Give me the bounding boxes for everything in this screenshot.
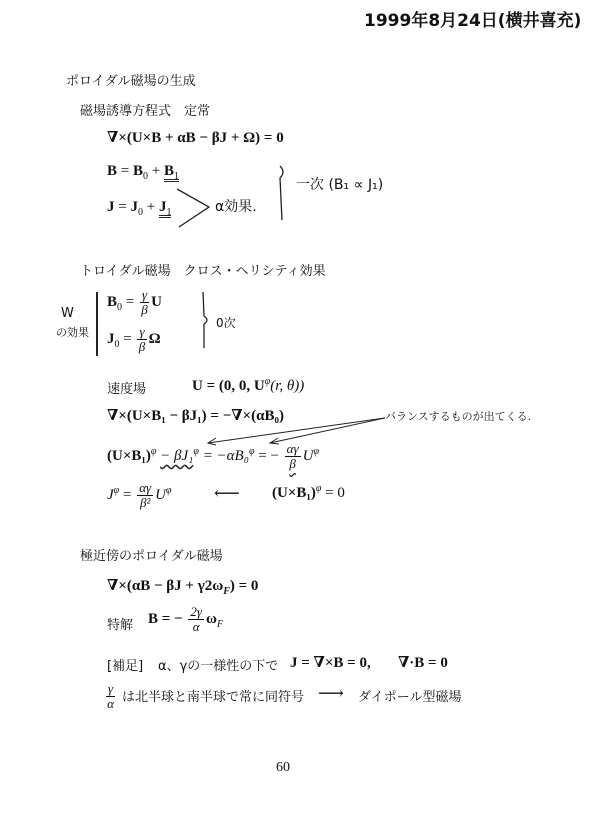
- left-arrow: ⟵: [214, 483, 240, 504]
- section-title-near-pole: 極近傍のポロイダル磁場: [80, 545, 223, 564]
- eq-b-lhs: B: [107, 163, 117, 179]
- supplement-equation-div: ∇·B = 0: [398, 653, 448, 672]
- frac-num: γ: [106, 682, 115, 697]
- eq-j0-lhs: J: [107, 331, 115, 347]
- j1-lhs: J: [107, 487, 114, 503]
- equation-j0: J0 = γβΩ: [107, 325, 161, 354]
- supplement-label: [補足]: [107, 655, 143, 674]
- cross-product-zero: (U×B₁)φ = 0: [272, 483, 345, 502]
- note-w-effect: の効果: [56, 324, 89, 340]
- frac-den: α: [107, 697, 114, 711]
- page-number: 60: [276, 760, 290, 776]
- fraction-gamma-beta: γβ: [140, 288, 149, 317]
- note-zero-order: 0次: [216, 314, 236, 331]
- dipole-text: ダイポール型磁場: [358, 686, 461, 705]
- note-w: W: [61, 306, 74, 321]
- eq-b0-sub: 0: [117, 302, 122, 313]
- eq-b0-lhs: B: [107, 294, 117, 310]
- near-pole-eq-sub: F: [223, 586, 230, 597]
- phi-eq-left: (U×B₁): [107, 448, 151, 464]
- equation-j-decomposition: J = J0 + J1: [107, 199, 171, 218]
- frac-den: α: [193, 620, 200, 634]
- section-title-toroidal: トロイダル磁場 クロス・ヘリシティ効果: [80, 260, 326, 279]
- eq-b-sub0: 0: [143, 171, 148, 182]
- eq-j-lhs: J: [107, 199, 115, 215]
- phi-sup: φ: [151, 446, 157, 457]
- frac-den: β: [139, 340, 145, 354]
- note-alpha-effect: α効果.: [215, 196, 257, 216]
- eq-b0-vec: U: [151, 294, 162, 310]
- equation-b0: B0 = γβU: [107, 288, 162, 317]
- phi-eq-right: = −: [254, 448, 278, 464]
- section-title-poloidal: ポロイダル磁場の生成: [66, 70, 196, 89]
- phi-eq-mid: − βJ₁: [160, 448, 193, 464]
- note-balance: バランスするものが出てくる.: [385, 408, 531, 424]
- velocity-field-label: 速度場: [107, 378, 146, 397]
- frac-num: γ: [140, 288, 149, 303]
- induction-equation-label: 磁場誘導方程式 定常: [80, 100, 210, 119]
- phi-component-equation: (U×B₁)φ − βJ₁φ = −αB₀φ = − αγβUφ: [107, 442, 319, 471]
- eq-b-b0: B: [133, 163, 143, 179]
- particular-lhs: B = −: [148, 611, 183, 627]
- frac-den: β: [289, 457, 295, 471]
- cross-rhs: (U×B₁): [272, 485, 316, 501]
- frac-num: γ: [137, 325, 146, 340]
- frac-den: β²: [140, 496, 150, 510]
- near-pole-eq-tail: ) = 0: [230, 578, 259, 594]
- particular-solution-label: 特解: [107, 614, 133, 633]
- eq-b-sub1: 1: [174, 171, 179, 182]
- long-right-arrow: ⟶: [318, 683, 344, 704]
- fraction-alphagamma-beta2: αγβ²: [137, 481, 153, 510]
- frac-den: β: [141, 303, 147, 317]
- cross-rhs-tail: = 0: [321, 485, 344, 501]
- particular-omega: ω: [206, 611, 217, 627]
- near-pole-eq-main: ∇×(αB − βJ + γ2ω: [107, 578, 223, 594]
- ratio-text: は北半球と南半球で常に同符号: [122, 686, 304, 705]
- fraction-2gamma-alpha: 2γα: [188, 605, 204, 634]
- fraction-alphagamma-beta: αγβ: [285, 442, 301, 471]
- particular-sub: F: [217, 619, 223, 630]
- handwritten-left-brace: [96, 292, 98, 356]
- ratio-gamma-alpha: γα: [104, 682, 117, 711]
- phi-sup: φ: [313, 446, 319, 457]
- induction-equation: ∇×(U×B + αB − βJ + Ω) = 0: [107, 128, 284, 147]
- note-first-order: 一次 (B₁ ∝ J₁): [296, 174, 383, 194]
- eq-j-sub1: 1: [166, 207, 171, 218]
- eq-j0-vec: Ω: [149, 331, 161, 347]
- fraction-gamma-beta: γβ: [137, 325, 146, 354]
- eq-j0-sub: 0: [115, 339, 120, 350]
- phi-u: U: [303, 448, 314, 464]
- handwritten-angle-bracket: [175, 185, 215, 230]
- supplement-equation-curl: J = ∇×B = 0,: [290, 653, 371, 672]
- near-pole-equation: ∇×(αB − βJ + γ2ωF) = 0: [107, 576, 258, 597]
- phi-sup: φ: [166, 485, 172, 496]
- velocity-field-equation: U = (0, 0, Uφ(r, θ)): [192, 376, 304, 395]
- j1-phi-equation: Jφ = αγβ²Uφ: [107, 481, 172, 510]
- eq-j-j0: J: [130, 199, 138, 215]
- frac-num: αγ: [285, 442, 301, 457]
- supplement-text: α、γの一様性の下で: [158, 655, 278, 674]
- velocity-eq-args: (r, θ)): [270, 378, 304, 394]
- handwritten-brace: [200, 290, 214, 350]
- eq-j-sub0: 0: [138, 207, 143, 218]
- equation-b-decomposition: B = B0 + B1: [107, 163, 179, 182]
- frac-num: αγ: [137, 481, 153, 496]
- handwritten-brace: [276, 164, 290, 224]
- handwritten-date: 1999年8月24日(横井喜充): [364, 6, 581, 31]
- phi-eq-mid2: = −αB₀: [199, 448, 249, 464]
- j1-u: U: [155, 487, 166, 503]
- frac-num: 2γ: [188, 605, 204, 620]
- velocity-eq-main: U = (0, 0, U: [192, 378, 265, 394]
- eq-b-b1: B: [164, 163, 174, 179]
- particular-solution-equation: B = − 2γαωF: [148, 605, 223, 634]
- fraction-gamma-alpha: γα: [106, 682, 115, 711]
- phi-sup: φ: [114, 485, 120, 496]
